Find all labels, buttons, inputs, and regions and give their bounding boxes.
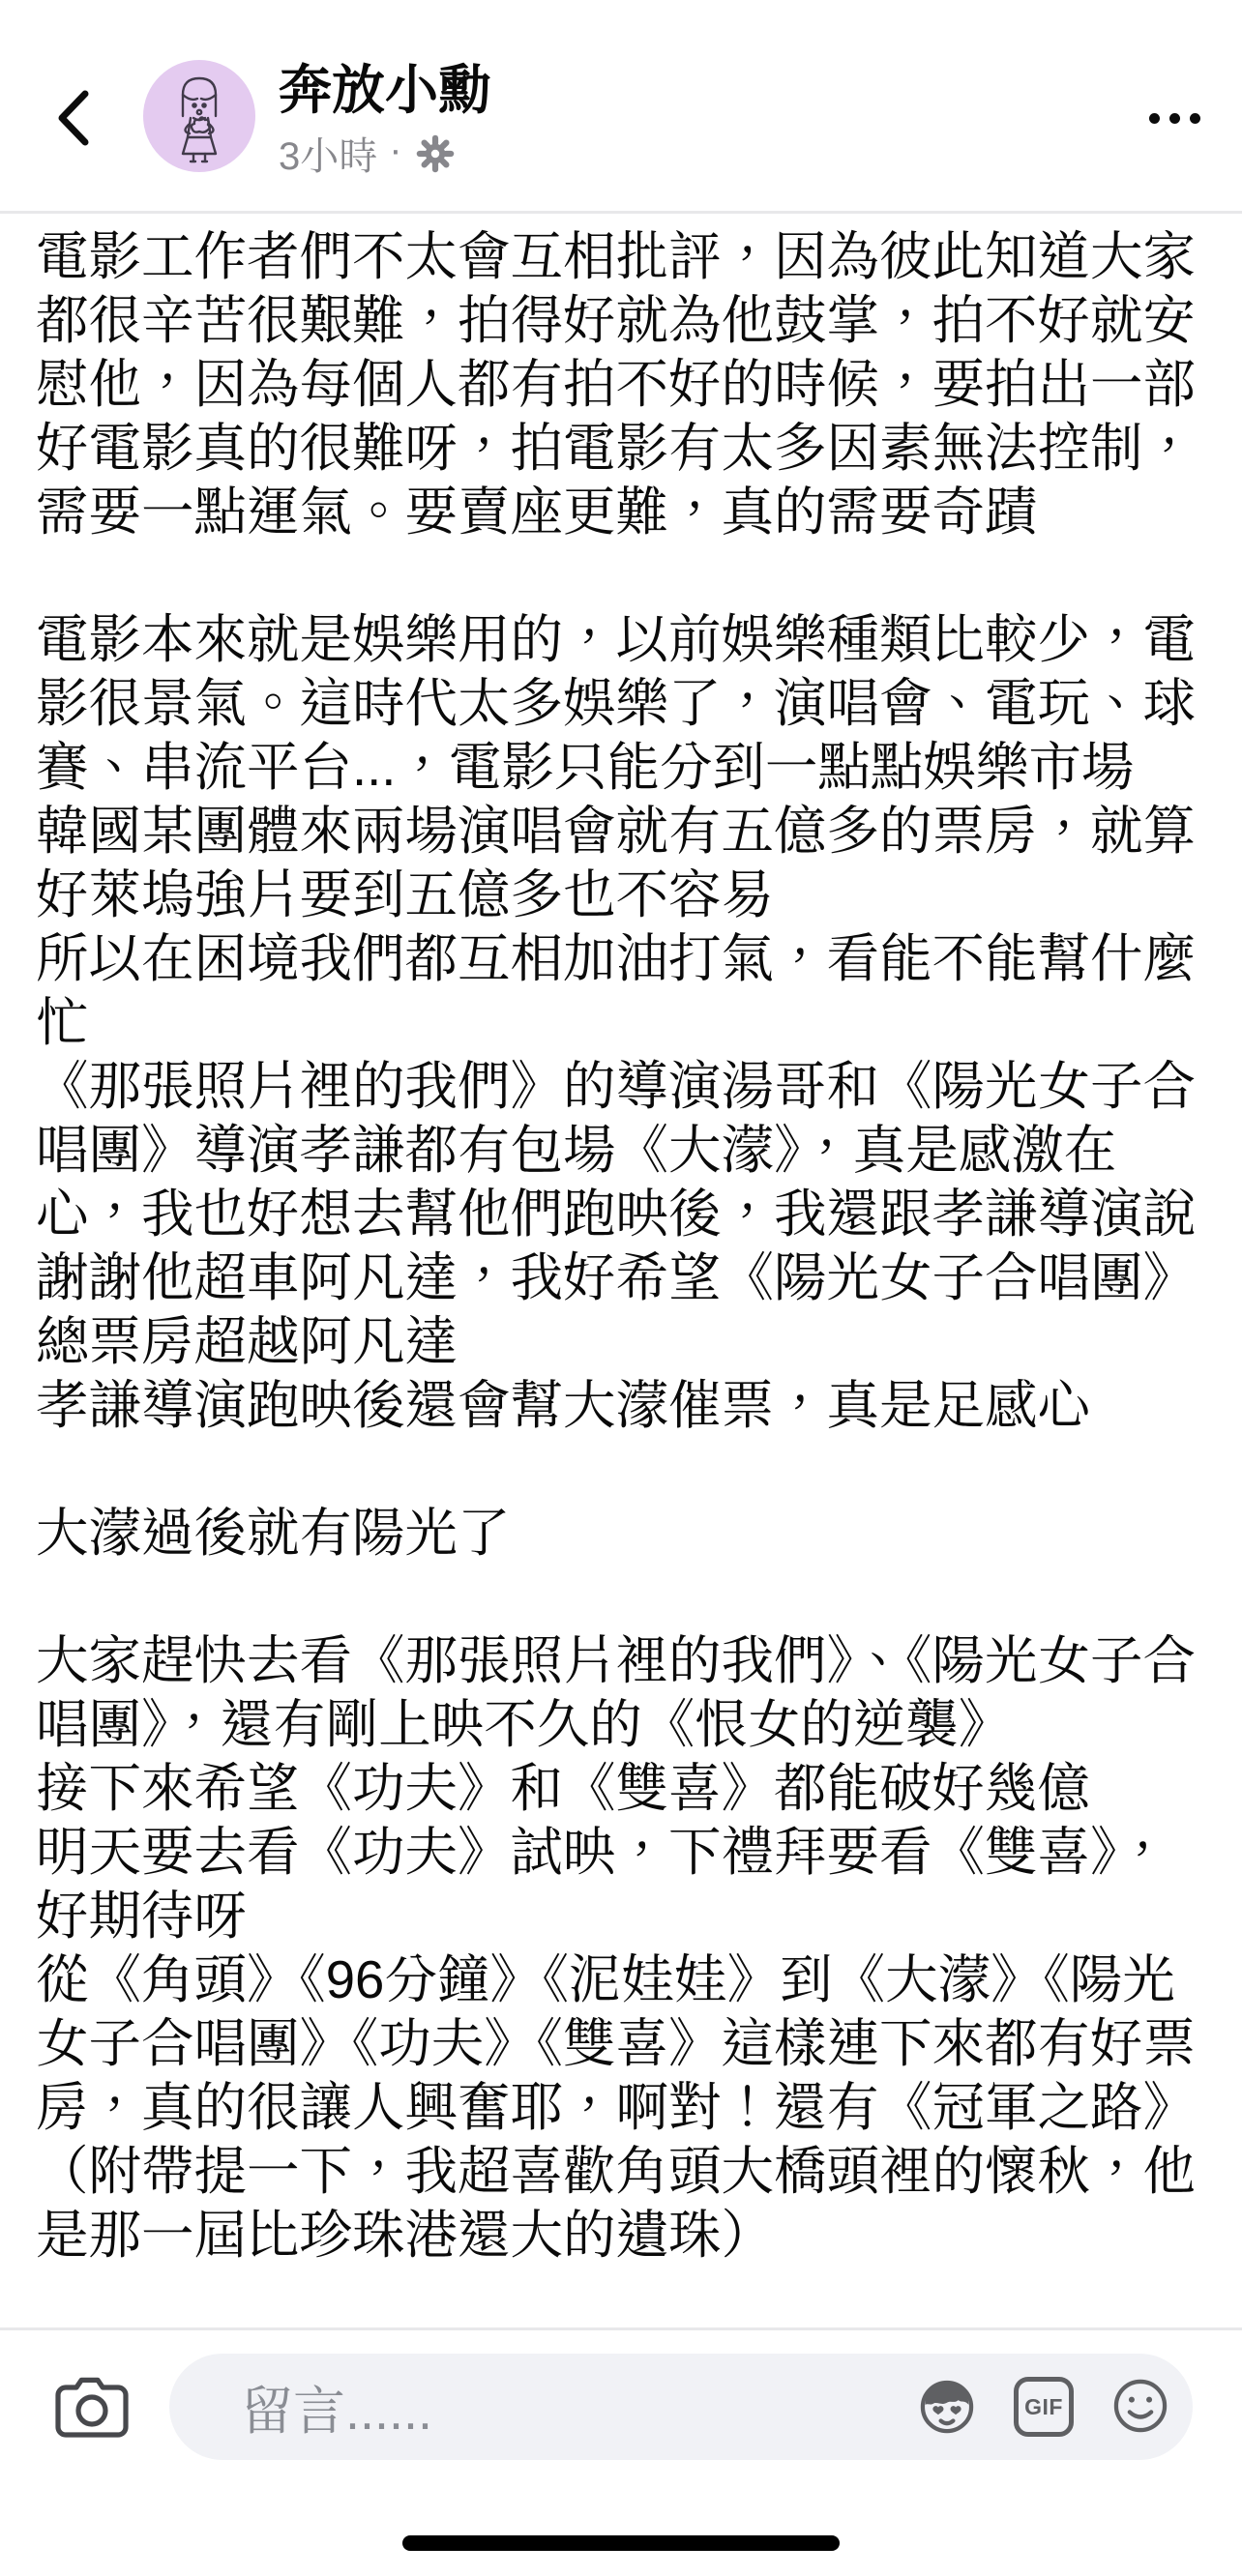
smiley-icon: [1109, 2375, 1171, 2440]
comment-placeholder: 留言......: [241, 2370, 916, 2444]
post-line: 總票房超越阿凡達: [36, 1310, 1206, 1374]
post-line: 接下來希望《功夫》和《雙喜》都能破好幾億: [36, 1757, 1206, 1821]
avatar[interactable]: [143, 60, 255, 172]
post-line: 明天要去看《功夫》試映，下禮拜要看《雙喜》，: [36, 1821, 1206, 1885]
more-dot: [1190, 113, 1200, 124]
post-line: 《那張照片裡的我們》的導演湯哥和《陽光女子合: [36, 1055, 1206, 1119]
timestamp: 3小時: [279, 126, 377, 181]
post-line: 心，我也好想去幫他們跑映後，我還跟孝謙導演說: [36, 1183, 1206, 1246]
post-meta: 3小時 ·: [279, 126, 457, 181]
post-line: 需要一點運氣。要賣座更難，真的需要奇蹟: [36, 481, 1206, 544]
back-chevron-icon: [56, 90, 89, 149]
gif-icon: GIF: [1014, 2377, 1074, 2437]
post-paragraph: 大濛過後就有陽光了: [36, 1502, 1206, 1566]
post-line: 影很景氣。這時代太多娛樂了，演唱會、電玩、球: [36, 672, 1206, 736]
privacy-gear-icon: [414, 132, 457, 175]
gif-button[interactable]: GIF: [1013, 2376, 1075, 2438]
post-line: 慰他，因為每個人都有拍不好的時候，要拍出一部: [36, 353, 1206, 417]
post-line: 韓國某團體來兩場演唱會就有五億多的票房，就算: [36, 800, 1206, 864]
avatar-sticker-button[interactable]: [916, 2376, 978, 2438]
post-line: 是那一屆比珍珠港還大的遺珠）: [36, 2204, 1206, 2268]
post-paragraph: 電影工作者們不太會互相批評，因為彼此知道大家都很辛苦很艱難，拍得好就為他鼓掌，拍…: [36, 225, 1206, 544]
more-dot: [1169, 113, 1180, 124]
camera-icon: [53, 2375, 131, 2444]
emoji-button[interactable]: [1109, 2376, 1171, 2438]
post-line: 唱團》，還有剛上映不久的《恨女的逆襲》: [36, 1693, 1206, 1757]
post-paragraph: 大家趕快去看《那張照片裡的我們》、《陽光女子合唱團》，還有剛上映不久的《恨女的逆…: [36, 1629, 1206, 2268]
avatar-sticker-icon: [916, 2375, 978, 2440]
header-bar: 奔放小勳 3小時 ·: [0, 0, 1242, 214]
avatar-girl-doodle: [151, 66, 248, 166]
post-line: 大濛過後就有陽光了: [36, 1502, 1206, 1566]
post-line: 從《角頭》《96分鐘》《泥娃娃》到《大濛》《陽光: [36, 1948, 1206, 2012]
post-line: 女子合唱團》《功夫》《雙喜》這樣連下來都有好票: [36, 2012, 1206, 2076]
camera-button[interactable]: [50, 2373, 133, 2444]
meta-separator: ·: [389, 129, 401, 172]
post-line: 好電影真的很難呀，拍電影有太多因素無法控制，: [36, 417, 1206, 481]
post-line: 大家趕快去看《那張照片裡的我們》、《陽光女子合: [36, 1629, 1206, 1693]
post-line: 孝謙導演跑映後還會幫大濛催票，真是足感心: [36, 1374, 1206, 1438]
post-line: 忙: [36, 991, 1206, 1055]
more-dot: [1149, 113, 1160, 124]
post-line: 電影本來就是娛樂用的，以前娛樂種類比較少，電: [36, 608, 1206, 672]
post-line: 好期待呀: [36, 1885, 1206, 1948]
post-line: 賽、串流平台...，電影只能分到一點點娛樂市場: [36, 736, 1206, 800]
back-button[interactable]: [39, 75, 106, 162]
user-name[interactable]: 奔放小勳: [279, 60, 491, 120]
home-indicator[interactable]: [402, 2535, 840, 2551]
post-line: 好萊塢強片要到五億多也不容易: [36, 864, 1206, 927]
post-line: 房，真的很讓人興奮耶，啊對！還有《冠軍之路》: [36, 2076, 1206, 2140]
comment-input[interactable]: 留言...... GIF: [169, 2354, 1193, 2460]
post-line: 都很辛苦很艱難，拍得好就為他鼓掌，拍不好就安: [36, 289, 1206, 353]
post-line: （附帶提一下，我超喜歡角頭大橋頭裡的懷秋，他: [36, 2140, 1206, 2204]
post-line: 謝謝他超車阿凡達，我好希望《陽光女子合唱團》: [36, 1246, 1206, 1310]
post-paragraph: 電影本來就是娛樂用的，以前娛樂種類比較少，電影很景氣。這時代太多娛樂了，演唱會、…: [36, 608, 1206, 1438]
post-line: 電影工作者們不太會互相批評，因為彼此知道大家: [36, 225, 1206, 289]
post-line: 所以在困境我們都互相加油打氣，看能不能幫什麼: [36, 927, 1206, 991]
composer-icons: GIF: [916, 2376, 1171, 2438]
post-body: 電影工作者們不太會互相批評，因為彼此知道大家都很辛苦很艱難，拍得好就為他鼓掌，拍…: [36, 225, 1206, 2268]
more-options-button[interactable]: [1130, 87, 1219, 149]
post-line: 唱團》導演孝謙都有包場《大濛》，真是感激在: [36, 1119, 1206, 1183]
post-detail-screen: 奔放小勳 3小時 ·: [0, 0, 1242, 2576]
